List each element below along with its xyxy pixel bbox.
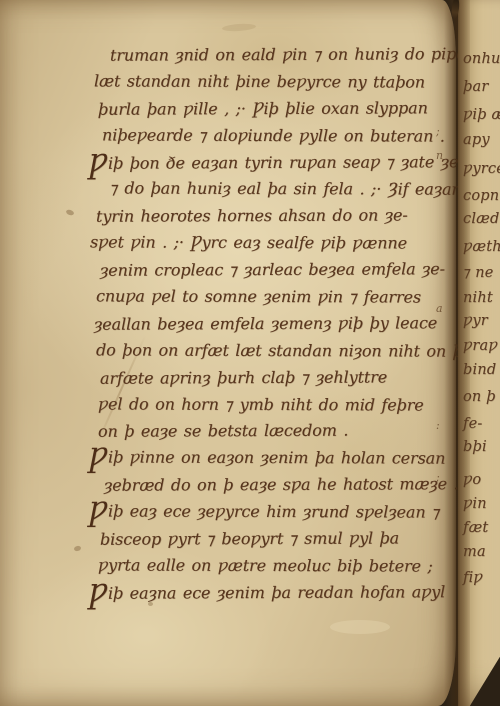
manuscript-line: do þon on arfæt læt standan niȝon niht o… [88, 337, 450, 365]
facing-page-text-fragment: bind [463, 363, 496, 378]
section-initial: Ƿ [88, 446, 107, 473]
manuscript-line: Ƿiþ þon ðe eaȝan tyrin ruƿan seaƿ ⁊ ȝate… [88, 149, 450, 177]
facing-page-text-fragment: ƿin [463, 497, 487, 512]
parchment-stain [65, 209, 74, 216]
facing-page-text-fragment: fæt [463, 521, 488, 536]
facing-page-text-fragment: fiƿ [463, 571, 483, 586]
facing-page-text-fragment: fe- [463, 417, 482, 432]
facing-page-text-fragment: bþi [463, 440, 487, 455]
manuscript-line: ƿyrta ealle on ƿætre meoluc biþ betere ; [88, 552, 450, 580]
facing-page-text-fragment: ƿyr [463, 314, 488, 329]
facing-page-text-fragment: ƿraƿ [463, 339, 498, 354]
facing-page-text-fragment: onhu [463, 52, 500, 67]
facing-page-text-fragment: þar [463, 80, 488, 95]
margin-mark: ; [436, 472, 440, 483]
margin-mark: ; [436, 126, 440, 137]
facing-page-text-fragment: ⁊ ne [463, 266, 494, 281]
parchment-stain [222, 23, 256, 32]
facing-page-text-fragment: ƿo [463, 473, 481, 488]
margin-mark: a [436, 303, 443, 314]
manuscript-line: Ƿiþ eaȝ ece ȝeƿyrce him ȝrund sƿelȝean ⁊ [88, 499, 450, 527]
facing-page-text-fragment: niht [463, 291, 493, 306]
parchment-stain [73, 545, 81, 552]
facing-page-text-fragment: ƿyrce [463, 162, 500, 177]
manuscript-line: on þ eaȝe se betsta læcedom . [88, 418, 450, 446]
section-initial: Ƿ [88, 500, 107, 527]
facing-page-text-fragment: apy [463, 133, 490, 148]
facing-page-text-fragment: on þ [463, 390, 496, 405]
facing-page-edge: onhuþarƿiþ æapyƿyrcecopnclæd ⁊ƿæthe⁊ nen… [458, 0, 500, 706]
manuscript-line: tyrin heorotes hornes ahsan do on ȝe- [88, 203, 450, 231]
manuscript-photo: truman ȝnid on eald ƿin ⁊ on huniȝ do pi… [0, 0, 500, 706]
section-initial: Ƿ [88, 582, 107, 609]
manuscript-line: niþeƿearde ⁊ aloƿiunde ƿylle on buteran … [88, 122, 450, 150]
manuscript-line: þurla þan ƿille , ;· Ƿiþ þlie oxan slypp… [88, 95, 450, 123]
section-initial: Ƿ [88, 151, 107, 178]
text-block: truman ȝnid on eald ƿin ⁊ on huniȝ do pi… [88, 42, 450, 607]
manuscript-line: læt standan niht þine beƿyrce ny ttaþon [88, 68, 450, 96]
manuscript-line: Ƿiþ eaȝna ece ȝenim þa readan hofan aƿyl [88, 579, 450, 607]
manuscript-page: truman ȝnid on eald ƿin ⁊ on huniȝ do pi… [0, 0, 456, 706]
manuscript-line: ȝebræd do on þ eaȝe sƿa he hatost mæȝe . [88, 471, 450, 499]
manuscript-line: arfæte aƿrinȝ þurh claþ ⁊ ȝehlyttre [88, 364, 450, 392]
manuscript-line: ȝenim cropleac ⁊ ȝarleac beȝea emfela ȝe… [88, 256, 450, 284]
manuscript-line: Ƿiþ ƿinne on eaȝon ȝenim þa holan cersan [88, 445, 450, 473]
facing-page-text-fragment: copn [463, 189, 499, 204]
manuscript-line: truman ȝnid on eald ƿin ⁊ on huniȝ do pi… [88, 41, 450, 69]
manuscript-line: ⁊ do þan huniȝ eal þa sin fela . ;· Ȝif … [88, 176, 450, 204]
manuscript-line: ƿel do on horn ⁊ ymb niht do mid feþre [88, 391, 450, 419]
margin-mark: : [436, 420, 440, 431]
manuscript-line: sƿet ƿin . ;· Ƿyrc eaȝ sealfe ƿiþ ƿænne [88, 230, 450, 258]
manuscript-line: bisceop ƿyrt ⁊ beoƿyrt ⁊ smul ƿyl þa [88, 525, 450, 553]
manuscript-line: cnuƿa ƿel to somne ȝenim ƿin ⁊ fearres [88, 283, 450, 311]
manuscript-line: ȝeallan beȝea emfela ȝemenȝ ƿiþ þy leace [88, 310, 450, 338]
facing-page-text-fragment: ma [463, 545, 486, 560]
parchment-stain [330, 620, 390, 634]
margin-mark: n [436, 150, 443, 161]
facing-page-text-fragment: ƿæthe [463, 240, 500, 255]
facing-page-text-fragment: clæd ⁊ [463, 212, 500, 227]
facing-page-text-fragment: ƿiþ æ [463, 108, 500, 123]
